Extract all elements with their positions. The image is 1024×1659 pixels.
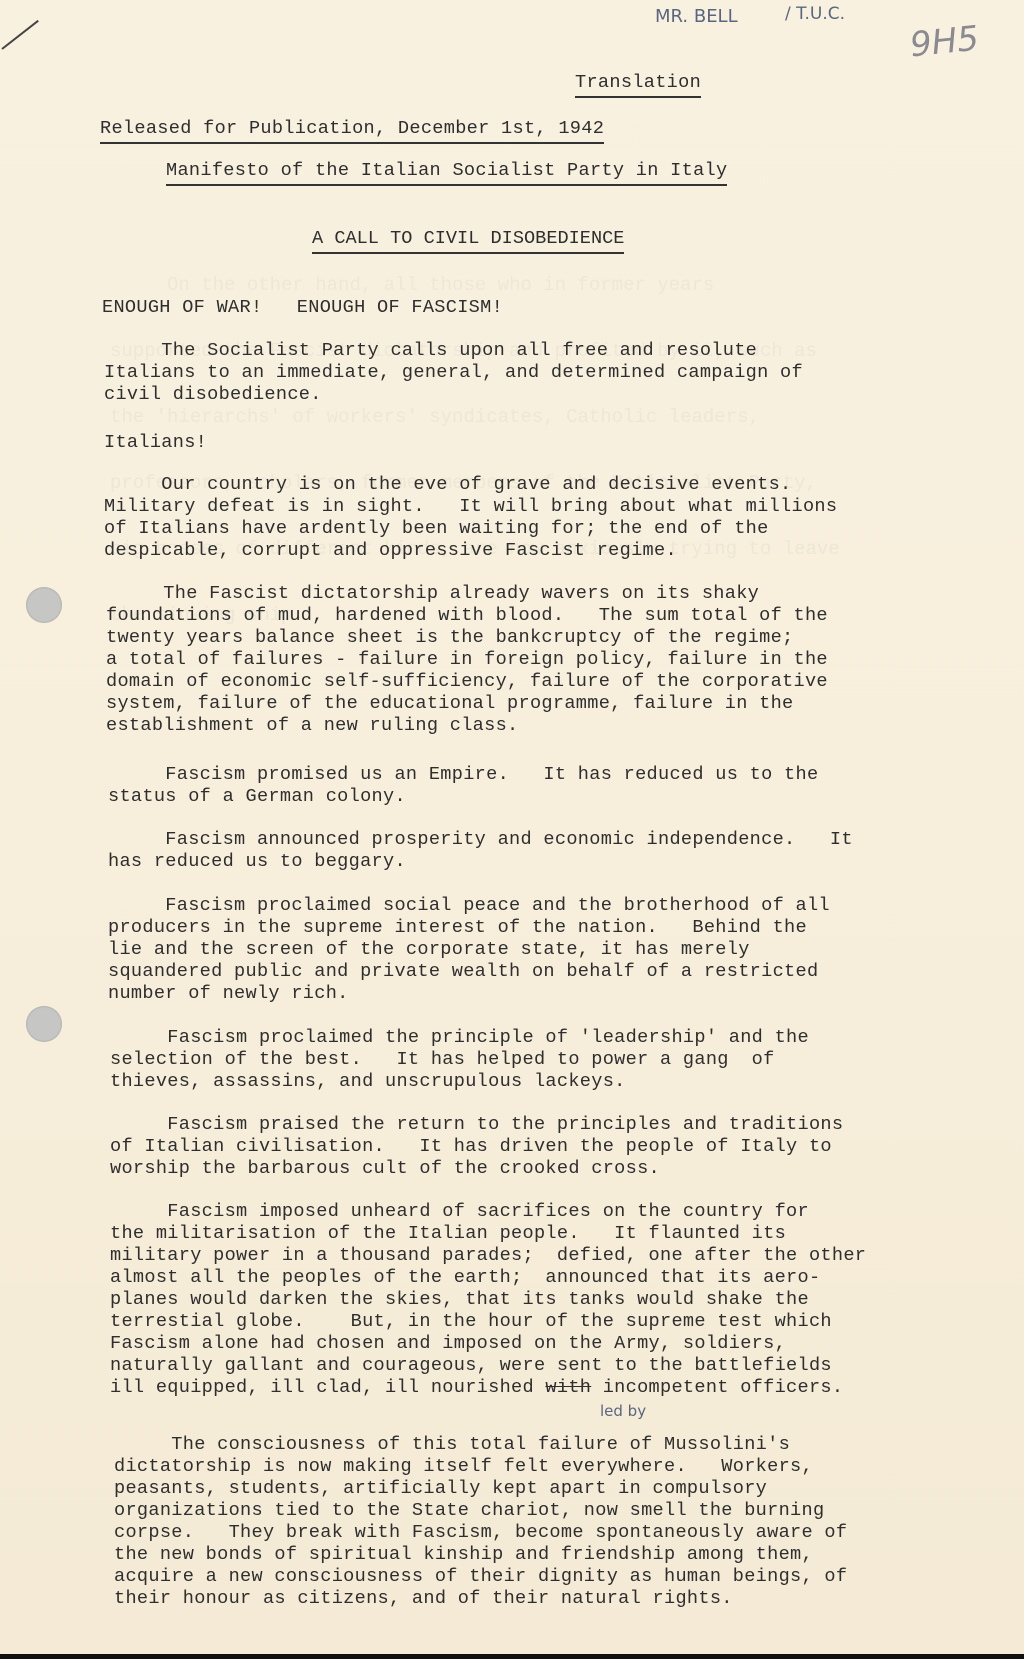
- text-line: The consciousness of this total failure …: [114, 1434, 790, 1456]
- handwritten-correction: led by: [600, 1402, 646, 1420]
- bleed-line: On the other hand, all those who in form…: [110, 274, 990, 296]
- text-line: military power in a thousand parades; de…: [110, 1245, 866, 1267]
- scan-edge: [0, 1654, 1024, 1659]
- text-line: the new bonds of spiritual kinship and f…: [114, 1544, 813, 1566]
- text-line: squandered public and private wealth on …: [108, 961, 818, 983]
- text-line: a total of failures - failure in foreign…: [106, 649, 828, 671]
- bleed-line: the 'hierarchs' of workers' syndicates, …: [110, 406, 990, 428]
- text-line: worship the barbarous cult of the crooke…: [110, 1158, 660, 1180]
- translation-label: Translation: [575, 72, 701, 98]
- text-segment: incompetent officers.: [591, 1377, 843, 1398]
- text-line: Fascism imposed unheard of sacrifices on…: [110, 1201, 809, 1223]
- document-page: On the other hand, all those who in form…: [0, 0, 1024, 1659]
- punch-hole-top: [26, 587, 62, 623]
- text-line: of Italian civilisation. It has driven t…: [110, 1136, 832, 1158]
- text-line: Fascism announced prosperity and economi…: [108, 829, 853, 851]
- text-line: selection of the best. It has helped to …: [110, 1049, 775, 1071]
- text-line: Fascism proclaimed the principle of 'lea…: [110, 1027, 809, 1049]
- handwritten-tuc: / T.U.C.: [785, 4, 845, 24]
- text-line: domain of economic self-sufficiency, fai…: [106, 671, 828, 693]
- text-line: of Italians have ardently been waiting f…: [104, 518, 769, 540]
- text-line: peasants, students, artificially kept ap…: [114, 1478, 767, 1500]
- text-line: lie and the screen of the corporate stat…: [108, 939, 750, 961]
- text-line: twenty years balance sheet is the bankcr…: [106, 627, 793, 649]
- text-line: has reduced us to beggary.: [108, 851, 406, 873]
- release-date-line: Released for Publication, December 1st, …: [100, 118, 604, 144]
- text-line: almost all the peoples of the earth; ann…: [110, 1267, 820, 1289]
- manifesto-title: Manifesto of the Italian Socialist Party…: [166, 160, 727, 186]
- text-line: naturally gallant and courageous, were s…: [110, 1355, 832, 1377]
- call-title: A CALL TO CIVIL DISOBEDIENCE: [312, 228, 624, 254]
- text-line: despicable, corrupt and oppressive Fasci…: [104, 540, 677, 562]
- text-segment: ill equipped, ill clad, ill nourished: [110, 1377, 545, 1398]
- struck-word: with: [545, 1377, 591, 1398]
- text-line: planes would darken the skies, that its …: [110, 1289, 809, 1311]
- text-line-with-correction: ill equipped, ill clad, ill nourished wi…: [110, 1377, 843, 1399]
- text-line: thieves, assassins, and unscrupulous lac…: [110, 1071, 626, 1093]
- text-line: acquire a new consciousness of their dig…: [114, 1566, 847, 1588]
- text-line: corpse. They break with Fascism, become …: [114, 1522, 847, 1544]
- text-line: The Fascist dictatorship already wavers …: [106, 583, 759, 605]
- text-line: terrestial globe. But, in the hour of th…: [110, 1311, 832, 1333]
- text-line: Military defeat is in sight. It will bri…: [104, 496, 837, 518]
- text-line: Fascism praised the return to the princi…: [110, 1114, 843, 1136]
- text-line: The Socialist Party calls upon all free …: [104, 340, 757, 362]
- slogan: ENOUGH OF WAR! ENOUGH OF FASCISM!: [102, 297, 503, 319]
- text-line: Fascism alone had chosen and imposed on …: [110, 1333, 786, 1355]
- text-line: Italians to an immediate, general, and d…: [104, 362, 803, 384]
- text-line: Fascism proclaimed social peace and the …: [108, 895, 830, 917]
- text-line: dictatorship is now making itself felt e…: [114, 1456, 813, 1478]
- salutation: Italians!: [104, 432, 207, 454]
- pencil-mark: [1, 20, 38, 50]
- text-line: organizations tied to the State chariot,…: [114, 1500, 824, 1522]
- text-line: number of newly rich.: [108, 983, 349, 1005]
- text-line: the militarisation of the Italian people…: [110, 1223, 786, 1245]
- text-line: status of a German colony.: [108, 786, 406, 808]
- text-line: Our country is on the eve of grave and d…: [104, 474, 791, 496]
- text-line: foundations of mud, hardened with blood.…: [106, 605, 828, 627]
- text-line: producers in the supreme interest of the…: [108, 917, 807, 939]
- text-line: civil disobedience.: [104, 384, 322, 406]
- text-line: their honour as citizens, and of their n…: [114, 1588, 733, 1610]
- text-line: establishment of a new ruling class.: [106, 715, 519, 737]
- text-line: Fascism promised us an Empire. It has re…: [108, 764, 818, 786]
- handwritten-recipient: MR. BELL: [655, 6, 738, 27]
- text-line: system, failure of the educational progr…: [106, 693, 793, 715]
- handwritten-reference-number: 9H5: [908, 19, 981, 66]
- punch-hole-bottom: [26, 1006, 62, 1042]
